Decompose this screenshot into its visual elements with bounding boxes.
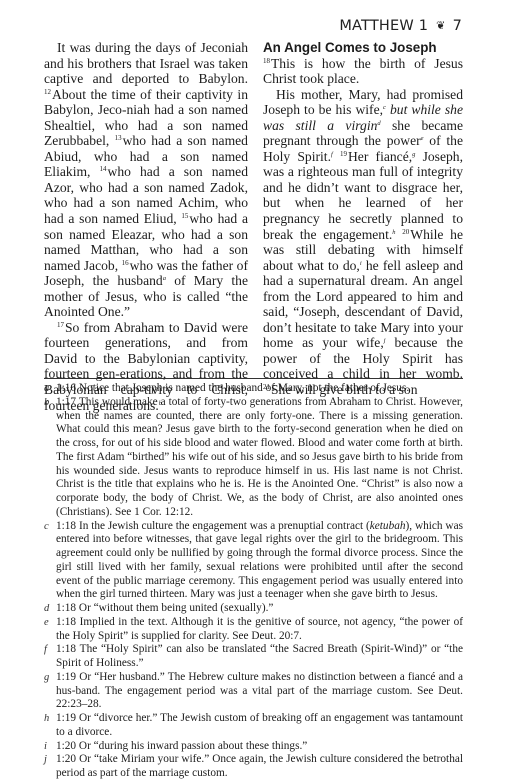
footnote-text: 1:20 Or “take Miriam your wife.” Once ag… <box>56 753 463 779</box>
book-chapter-label: MATTHEW 1 <box>339 18 428 34</box>
paragraph-genealogy: It was during the days of Jeconiah and h… <box>44 40 248 320</box>
footnote-item: d1:18 Or “without them being united (sex… <box>44 602 463 616</box>
paragraph-mary-joseph: His mother, Mary, had promised Joseph to… <box>263 87 463 398</box>
footnote-text: 1:19 Or “Her husband.” The Hebrew cultur… <box>56 671 463 711</box>
verse-number: 16 <box>122 259 129 267</box>
footnote-text: 1:19 Or “divorce her.” The Jewish custom… <box>56 712 463 738</box>
footnote-letter: d <box>44 602 49 616</box>
footnote-letter: e <box>44 616 49 630</box>
footnote-text: 1:20 Or “during his inward passion about… <box>56 740 307 752</box>
footnote-letter: a <box>44 382 49 396</box>
footnote-text: 1:18 The “Holy Spirit” can also be trans… <box>56 643 463 669</box>
verse-number: 17 <box>57 321 64 329</box>
footnotes: a1:16 Notice that Joseph is named the hu… <box>44 382 463 781</box>
body-text: It was during the days of Jeconiah and h… <box>44 40 248 86</box>
footnote-divider <box>44 378 463 379</box>
verse-number: 14 <box>100 165 107 173</box>
footnote-item: g1:19 Or “Her husband.” The Hebrew cultu… <box>44 671 463 712</box>
footnote-item: f1:18 The “Holy Spirit” can also be tran… <box>44 643 463 671</box>
footnote-item: e1:18 Implied in the text. Although it i… <box>44 616 463 644</box>
footnote-text: 1:18 In the Jewish culture the engagemen… <box>56 520 370 532</box>
footnote-letter: f <box>44 643 47 657</box>
footnote-marker[interactable]: h <box>392 229 395 236</box>
footnote-text: 1:16 Notice that Joseph is named the hus… <box>56 382 409 394</box>
fleuron-icon: ❦ <box>436 19 445 32</box>
footnote-marker[interactable]: f <box>331 151 333 158</box>
body-text: Her fiancé, <box>348 149 412 164</box>
footnote-letter: h <box>44 712 49 726</box>
footnote-letter: b <box>44 396 49 410</box>
footnote-item: h1:19 Or “divorce her.” The Jewish custo… <box>44 712 463 740</box>
verse-number: 20 <box>402 228 409 236</box>
footnote-italic-term: ketubah <box>370 520 406 532</box>
running-head: MATTHEW 1❦7 <box>339 18 462 34</box>
section-heading: An Angel Comes to Joseph <box>263 40 463 56</box>
footnote-text: 1:17 This would make a total of forty-tw… <box>56 396 463 518</box>
footnote-letter: j <box>44 753 47 767</box>
verse-number: 13 <box>115 134 122 142</box>
verse-number: 15 <box>181 212 188 220</box>
footnote-item: j1:20 Or “take Miriam your wife.” Once a… <box>44 753 463 781</box>
verse-number: 19 <box>340 150 347 158</box>
page-number: 7 <box>453 18 462 34</box>
footnote-item: a1:16 Notice that Joseph is named the hu… <box>44 382 463 396</box>
footnote-letter: c <box>44 520 49 534</box>
verse-number: 12 <box>44 88 51 96</box>
verse-number: 18 <box>263 57 270 65</box>
footnote-item: c1:18 In the Jewish culture the engageme… <box>44 520 463 603</box>
left-column: It was during the days of Jeconiah and h… <box>44 40 248 413</box>
footnote-letter: g <box>44 671 49 685</box>
footnote-item: b1:17 This would make a total of forty-t… <box>44 396 463 520</box>
footnote-text: 1:18 Or “without them being united (sexu… <box>56 602 273 614</box>
footnote-text: 1:18 Implied in the text. Although it is… <box>56 616 463 642</box>
body-text: This is how the birth of Jesus Christ to… <box>263 56 463 87</box>
paragraph-birth-intro: 18This is how the birth of Jesus Christ … <box>263 56 463 87</box>
right-column: An Angel Comes to Joseph 18This is how t… <box>263 40 463 398</box>
footnote-item: i1:20 Or “during his inward passion abou… <box>44 740 463 754</box>
footnote-letter: i <box>44 740 47 754</box>
